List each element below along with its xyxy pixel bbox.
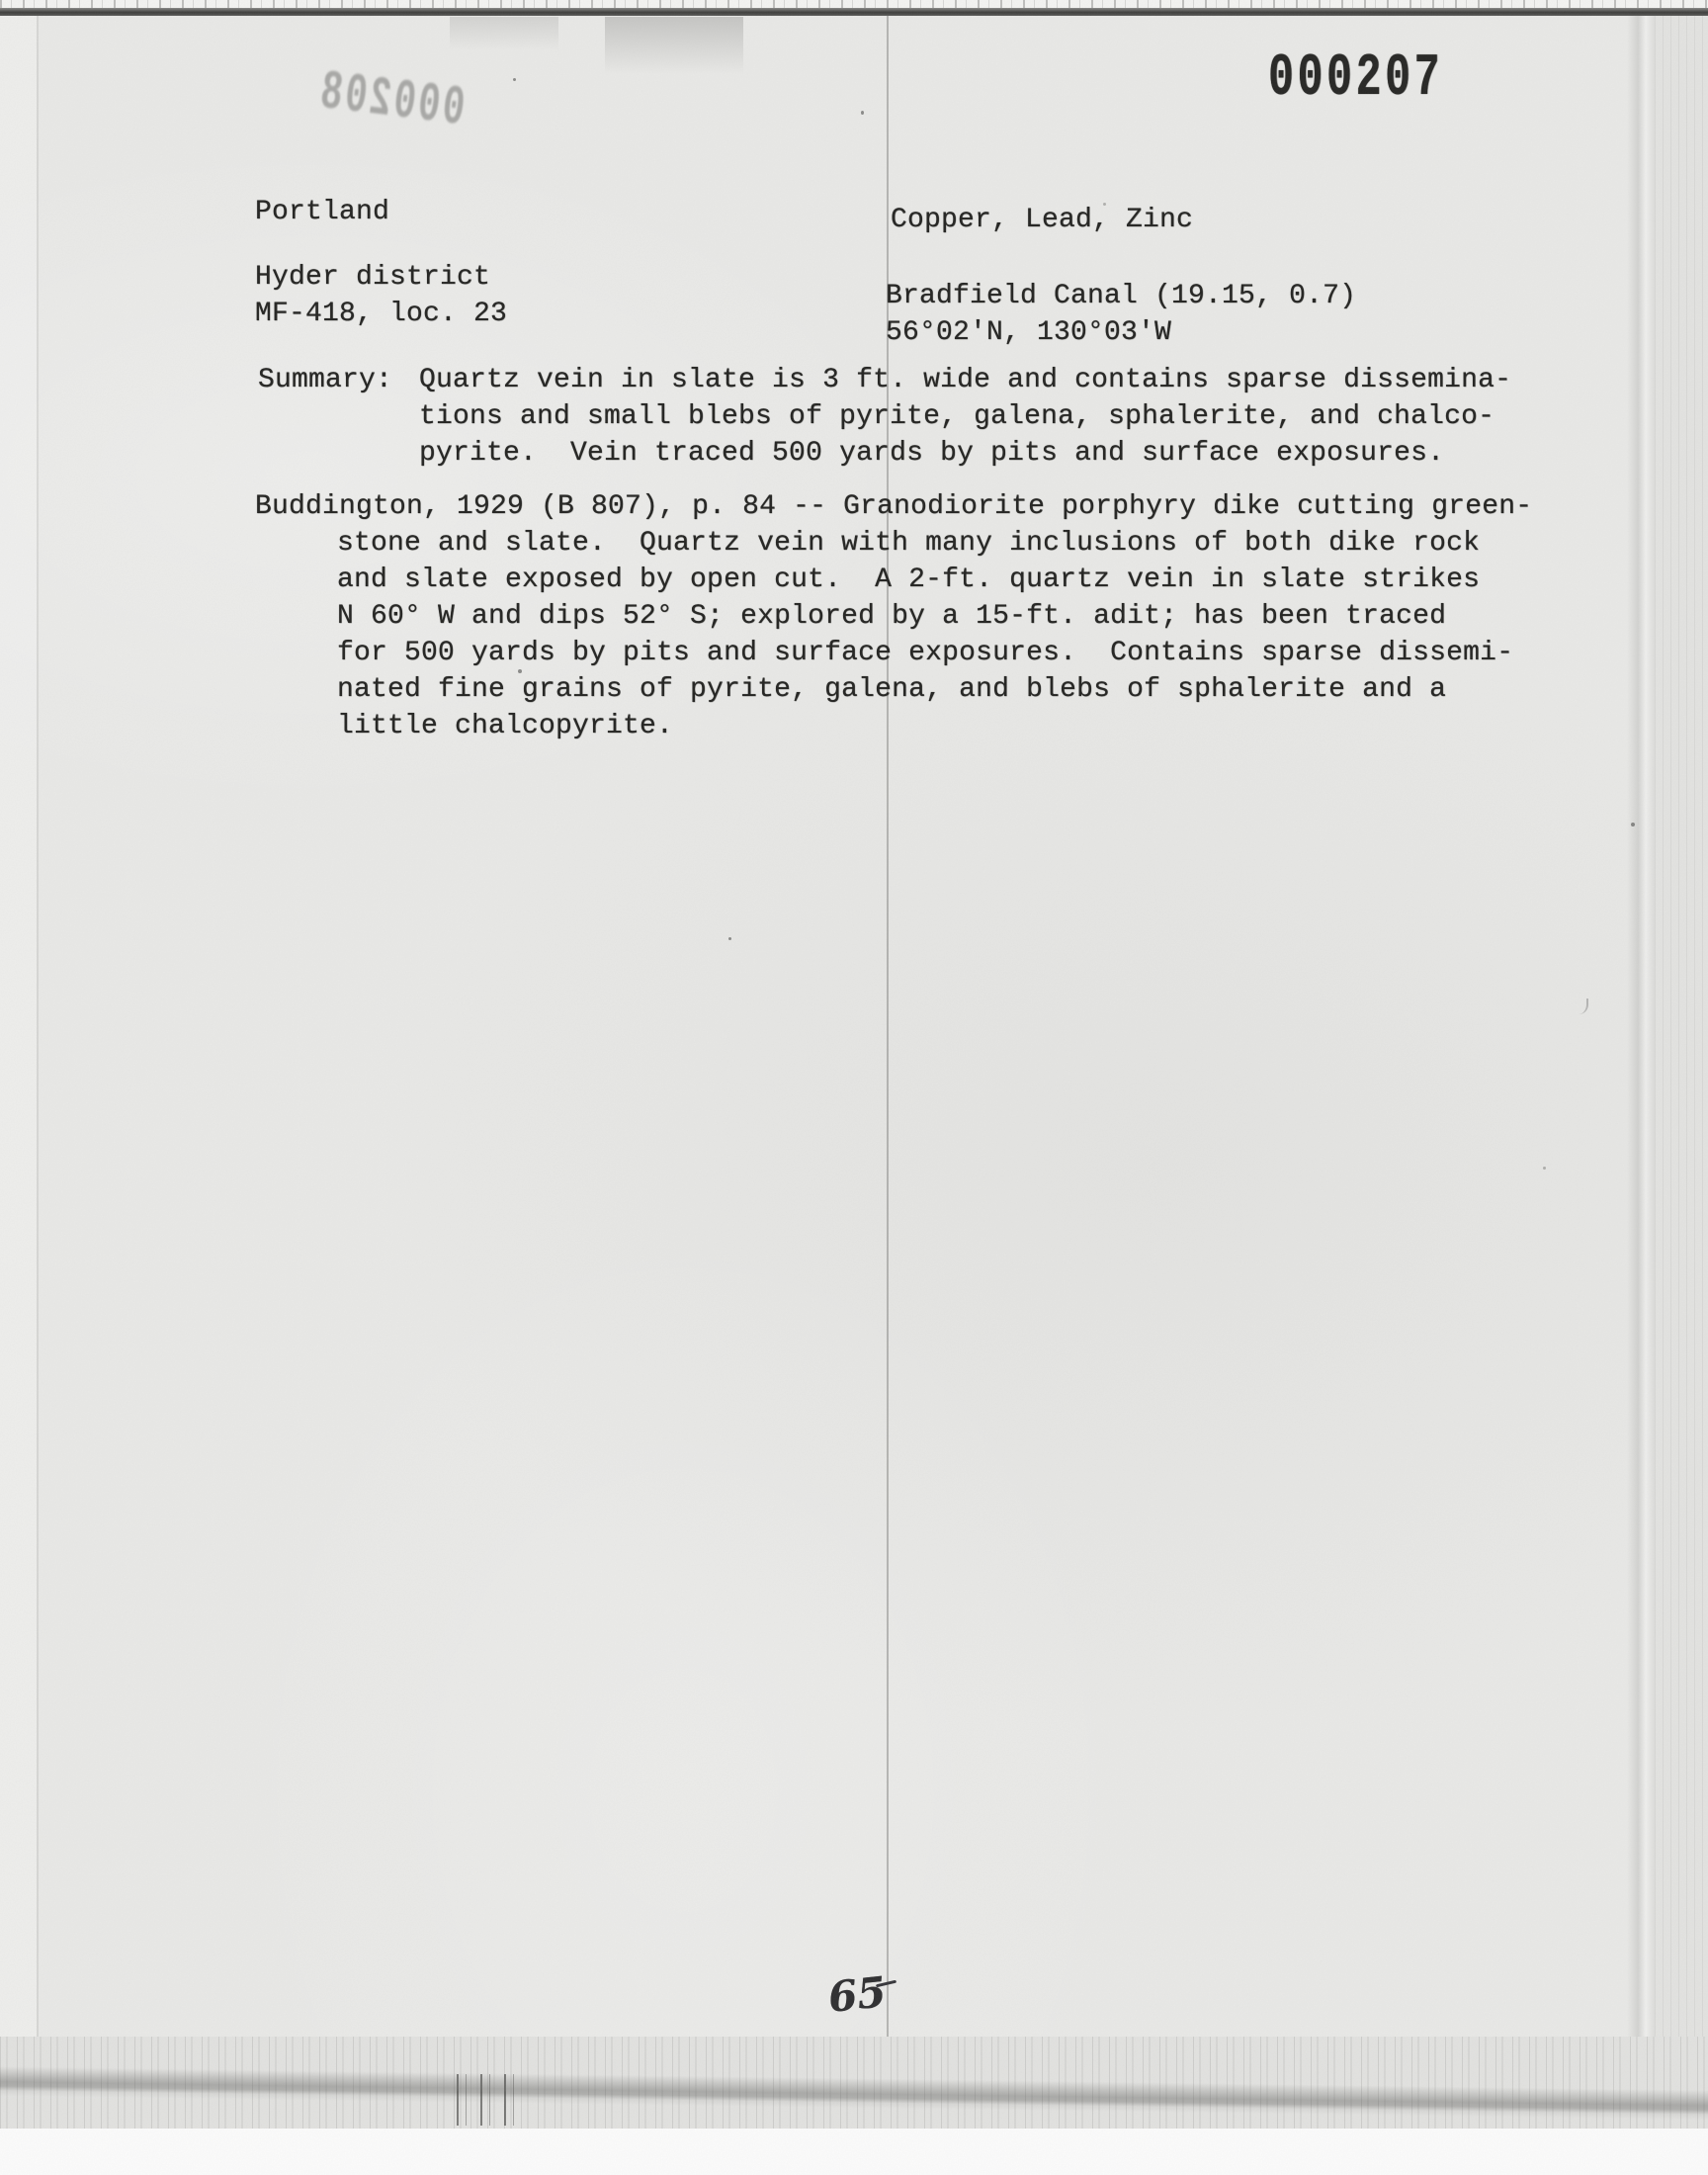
scan-smudge <box>605 17 743 74</box>
reference-line: and slate exposed by open cut. A 2-ft. q… <box>337 565 1480 595</box>
summary-label: Summary: <box>258 366 392 395</box>
coordinates: 56°02'N, 130°03'W <box>886 318 1171 348</box>
summary-line: Quartz vein in slate is 3 ft. wide and c… <box>419 366 1511 395</box>
reference-line: stone and slate. Quartz vein with many i… <box>337 529 1480 559</box>
page-left-crease-line <box>37 16 39 2064</box>
paper-speck <box>1103 203 1106 206</box>
scanned-document-page: 000207 000208 Portland Hyder district MF… <box>0 0 1708 2175</box>
paper-speck <box>861 111 864 115</box>
summary-line: tions and small blebs of pyrite, galena,… <box>419 402 1494 432</box>
paper-speck <box>1631 823 1635 826</box>
reference-line: little chalcopyrite. <box>337 712 673 741</box>
commodities: Copper, Lead, Zinc <box>891 206 1193 235</box>
scan-bottom-white-band <box>0 2129 1708 2175</box>
page-left-margin <box>0 16 37 2068</box>
reference-line: for 500 yards by pits and surface exposu… <box>337 639 1513 668</box>
handwritten-page-number: 65 <box>826 1971 889 2019</box>
site-name: Portland <box>255 198 389 227</box>
paper-speck <box>728 937 731 940</box>
location-name: Bradfield Canal (19.15, 0.7) <box>886 282 1356 311</box>
scan-smudge <box>450 17 558 50</box>
paper-speck <box>518 669 522 673</box>
reference-line: N 60° W and dips 52° S; explored by a 15… <box>337 602 1446 632</box>
reference-line: nated fine grains of pyrite, galena, and… <box>337 675 1446 705</box>
paper-speck <box>1543 1167 1546 1170</box>
serial-number-stamp: 000207 <box>1268 49 1443 109</box>
page-right-edge-strip <box>1655 16 1708 2088</box>
bleedthrough-stamp-mirrored: 000208 <box>325 65 468 136</box>
summary-line: pyrite. Vein traced 500 yards by pits an… <box>419 439 1444 469</box>
reference-citation-line: Buddington, 1929 (B 807), p. 84 -- Grano… <box>255 492 1532 522</box>
page-right-edge-crease <box>1627 16 1655 2084</box>
district-name: Hyder district <box>255 263 490 293</box>
map-reference: MF-418, loc. 23 <box>255 300 507 329</box>
paper-speck <box>513 78 516 81</box>
